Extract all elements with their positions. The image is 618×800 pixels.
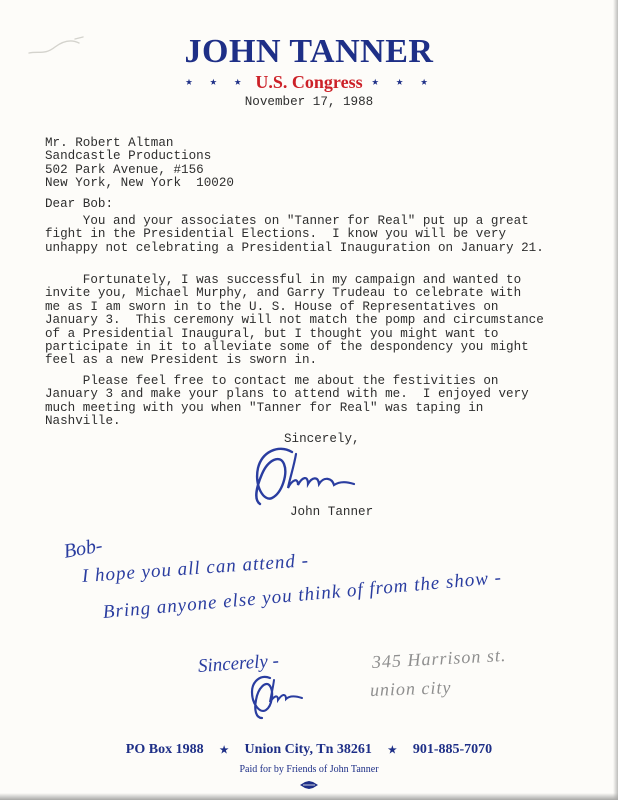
stars-right-icon: ★ ★ ★ xyxy=(372,74,433,90)
handwritten-signature xyxy=(244,672,310,720)
paragraph-3: Please feel free to contact me about the… xyxy=(45,375,529,429)
paragraph-2: Fortunately, I was successful in my camp… xyxy=(45,274,544,368)
typed-signature-name: John Tanner xyxy=(290,506,373,519)
letterhead-subtitle: U.S. Congress xyxy=(255,73,362,91)
date-line: November 17, 1988 xyxy=(0,95,618,109)
letter-page: JOHN TANNER ★ ★ ★ U.S. Congress ★ ★ ★ No… xyxy=(0,0,618,800)
letterhead-subtitle-row: ★ ★ ★ U.S. Congress ★ ★ ★ xyxy=(0,73,618,91)
footer-disclaimer: Paid for by Friends of John Tanner xyxy=(0,764,618,775)
scan-edge-right xyxy=(613,0,618,800)
footer-contact-row: PO Box 1988 ★ Union City, Tn 38261 ★ 901… xyxy=(0,742,618,758)
handwritten-line-1: I hope you all can attend - xyxy=(81,550,309,588)
footer-star-icon: ★ xyxy=(220,745,229,756)
union-bug-icon xyxy=(0,776,618,794)
footer-phone: 901-885-7070 xyxy=(413,742,492,758)
stars-left-icon: ★ ★ ★ xyxy=(185,74,246,90)
recipient-address: Mr. Robert Altman Sandcastle Productions… xyxy=(45,137,234,191)
pencil-address-line-1: 345 Harrison st. xyxy=(371,645,506,673)
letterhead-name: JOHN TANNER xyxy=(0,35,618,69)
footer-star-icon: ★ xyxy=(388,745,397,756)
footer-city: Union City, Tn 38261 xyxy=(245,742,372,758)
scan-edge-bottom xyxy=(0,793,618,800)
footer-po-box: PO Box 1988 xyxy=(126,742,204,758)
pencil-address-line-2: union city xyxy=(370,677,452,701)
salutation: Dear Bob: xyxy=(45,198,113,211)
signature-scrawl xyxy=(248,444,360,508)
paragraph-1: You and your associates on "Tanner for R… xyxy=(45,215,544,255)
handwritten-greeting: Bob- xyxy=(62,534,104,563)
